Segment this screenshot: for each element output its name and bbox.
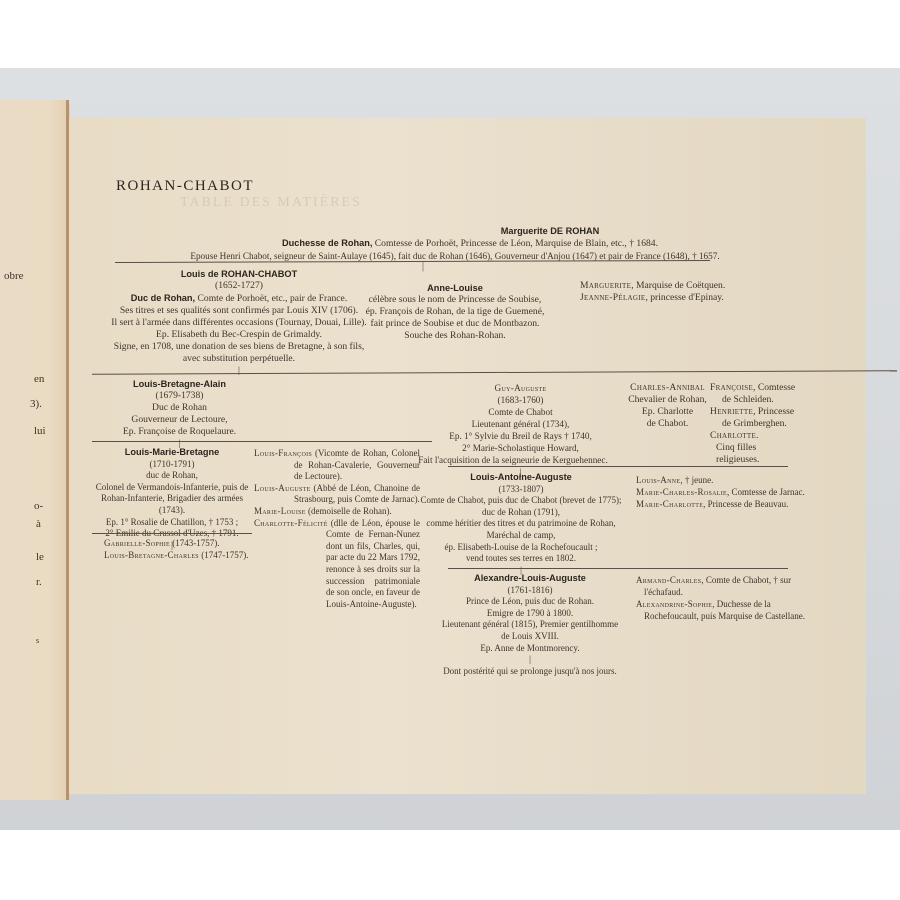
person-detail: , Princesse de Beauvau. bbox=[703, 499, 788, 509]
person-name: Marie-Louise bbox=[254, 506, 306, 516]
person-name: Anne-Louise bbox=[355, 282, 555, 294]
gen1-sisters: Marguerite, Marquise de Coëtquen. Jeanne… bbox=[580, 280, 740, 304]
person-name: Louis-François bbox=[254, 448, 312, 458]
descent-mark: | bbox=[440, 654, 620, 666]
person-name: Gabrielle-Sophie bbox=[104, 538, 170, 548]
person-line: Maréchal de camp, bbox=[415, 530, 627, 542]
lmb-siblings: Louis-François (Vicomte de Rohan, Colone… bbox=[254, 448, 420, 610]
person-name: Alexandre-Louis-Auguste bbox=[440, 573, 620, 585]
person-name: Louis de ROHAN-CHABOT bbox=[108, 268, 370, 280]
louis-rohan-chabot-entry: Louis de ROHAN-CHABOT (1652-1727) Duc de… bbox=[108, 268, 370, 377]
person-line: Il sert à l'armée dans différentes occas… bbox=[108, 317, 370, 329]
generation-line bbox=[448, 466, 788, 467]
person-line: Fait l'acquisition de la seigneurie de K… bbox=[403, 454, 623, 466]
person-line: Colonel de Vermandois-Infanterie, puis d… bbox=[88, 482, 256, 517]
alexandre-siblings: Armand-Charles, Comte de Chabot, † sur l… bbox=[636, 574, 806, 622]
louis-bretagne-alain-entry: Louis-Bretagne-Alain (1679-1738) Duc de … bbox=[92, 378, 267, 450]
person-line: Duc de Rohan bbox=[92, 402, 267, 414]
louis-antoine-auguste-entry: Louis-Antoine-Auguste (1733-1807) Comte … bbox=[415, 472, 627, 576]
left-page-fragment: 3). bbox=[30, 398, 42, 410]
person-name: Charles-Annibal bbox=[625, 382, 710, 394]
posterity-note: Dont postérité qui se prolonge jusqu'à n… bbox=[440, 666, 620, 678]
person-name: Louis-Marie-Bretagne bbox=[88, 447, 256, 459]
left-page-fragment: en bbox=[34, 373, 44, 385]
person-dates: (1761-1816) bbox=[440, 585, 620, 597]
person-line: Ep. Françoise de Roquelaure. bbox=[92, 426, 267, 438]
anne-louise-entry: Anne-Louise célèbre sous le nom de Princ… bbox=[355, 282, 555, 342]
person-line: Ep. 1° Sylvie du Breil de Rays † 1740, bbox=[418, 430, 623, 442]
person-line: fait prince de Soubise et duc de Montbaz… bbox=[355, 318, 555, 330]
person-title: Duc de Rohan, bbox=[131, 293, 195, 303]
person-line: Comte de Chabot, puis duc de Chabot (bre… bbox=[415, 495, 627, 507]
person-line: vend toutes ses terres en 1802. bbox=[415, 553, 627, 565]
person-name: Marie-Charles-Rosalie bbox=[636, 487, 727, 497]
person-line: ép. Elisabeth-Louise de la Rochefoucault… bbox=[415, 542, 627, 554]
person-name: Louis-Bretagne-Charles bbox=[104, 550, 199, 560]
person-line: Signe, en 1708, une donation de ses bien… bbox=[108, 341, 370, 365]
person-detail: (1743-1757). bbox=[170, 538, 220, 548]
person-name: Henriette bbox=[710, 406, 753, 417]
person-name: Marguerite bbox=[580, 280, 631, 291]
person-name: Louis-Bretagne-Alain bbox=[92, 378, 267, 390]
root-name: Marguerite DE ROHAN bbox=[210, 225, 730, 237]
person-detail: (dlle de Léon, épouse le Comte de Fernan… bbox=[326, 518, 420, 609]
descent-mark: | bbox=[422, 261, 424, 272]
person-title-rest: Comte de Porhoët, etc., pair de France. bbox=[195, 293, 347, 304]
person-name: Louis-Antoine-Auguste bbox=[415, 472, 627, 484]
person-dates: (1733-1807) bbox=[415, 484, 627, 496]
person-line: Lieutenant général (1815), Premier genti… bbox=[440, 619, 620, 642]
person-dates: (1710-1791) bbox=[88, 459, 256, 471]
person-detail: , princesse d'Epinay. bbox=[645, 292, 723, 303]
person-line: comme héritier des titres et du patrimoi… bbox=[415, 518, 627, 530]
person-line: duc de Rohan, bbox=[88, 470, 256, 482]
person-name: Louis-Auguste bbox=[254, 483, 311, 493]
person-dates: (1652-1727) bbox=[108, 280, 370, 292]
person-line: Souche des Rohan-Rohan. bbox=[355, 330, 555, 342]
root-title: Duchesse de Rohan, bbox=[282, 238, 372, 248]
lmb-children: Gabrielle-Sophie (1743-1757). Louis-Bret… bbox=[104, 537, 264, 561]
person-name: Charlotte-Félicité bbox=[254, 518, 328, 528]
person-name: Marie-Charlotte bbox=[636, 499, 703, 509]
person-line: 2° Marie-Scholastique Howard, bbox=[418, 442, 623, 454]
root-title-rest: Comtesse de Porhoët, Princesse de Léon, … bbox=[372, 238, 658, 249]
person-detail: (1747-1757). bbox=[199, 550, 249, 560]
gen2-sisters: Françoise, Comtesse de Schleiden. Henrie… bbox=[710, 382, 800, 466]
person-line: ép. François de Rohan, de la tige de Gue… bbox=[355, 306, 555, 318]
person-line: Lieutenant général (1734), bbox=[418, 418, 623, 430]
person-name: Louis-Anne bbox=[636, 475, 680, 485]
guy-auguste-entry: Guy-Auguste (1683-1760) Comte de Chabot … bbox=[418, 382, 623, 478]
person-line: Prince de Léon, puis duc de Rohan. bbox=[440, 596, 620, 608]
person-line: Ep. Elisabeth du Bec-Crespin de Grimaldy… bbox=[108, 329, 370, 341]
person-line: célèbre sous le nom de Princesse de Soub… bbox=[355, 294, 555, 306]
louis-marie-bretagne-entry: Louis-Marie-Bretagne (1710-1791) duc de … bbox=[88, 447, 256, 551]
person-detail: Cinq filles religieuses. bbox=[710, 442, 800, 466]
person-detail: , Marquise de Coëtquen. bbox=[631, 280, 725, 291]
person-line: duc de Rohan (1791), bbox=[415, 507, 627, 519]
person-dates: (1683-1760) bbox=[418, 394, 623, 406]
left-page-fragment: à bbox=[36, 518, 41, 530]
person-detail: (demoiselle de Rohan). bbox=[306, 506, 392, 516]
left-page-fragment: le bbox=[36, 551, 44, 563]
person-dates: (1679-1738) bbox=[92, 390, 267, 402]
charles-annibal-entry: Charles-Annibal Chevalier de Rohan, Ep. … bbox=[625, 382, 710, 430]
generation-line bbox=[448, 568, 788, 569]
left-page-fragment: r. bbox=[36, 576, 42, 588]
show-through-text: TABLE DES MATIÈRES bbox=[180, 195, 362, 211]
left-page-edge bbox=[0, 100, 70, 800]
person-name: Charlotte bbox=[710, 430, 756, 441]
person-name: Alexandrine-Sophie bbox=[636, 599, 712, 609]
person-line: Gouverneur de Lectoure, bbox=[92, 414, 267, 426]
person-line: Ep. Anne de Montmorency. bbox=[440, 643, 620, 655]
generation-line bbox=[92, 533, 252, 534]
person-line: Ep. 1° Rosalie de Chatillon, † 1753 ; bbox=[88, 517, 256, 529]
person-detail: . bbox=[756, 430, 758, 441]
page-title: ROHAN-CHABOT bbox=[116, 178, 254, 195]
person-detail: , † jeune. bbox=[680, 475, 713, 485]
person-detail: (Vicomte de Rohan, Colonel de Rohan-Cava… bbox=[294, 448, 420, 481]
person-detail: , Comtesse de Jarnac. bbox=[727, 487, 805, 497]
person-name: Françoise bbox=[710, 382, 753, 393]
left-page-fragment: s bbox=[36, 636, 39, 645]
person-detail: (Abbé de Léon, Chanoine de Strasbourg, p… bbox=[294, 483, 420, 505]
root-entry: Marguerite DE ROHAN Duchesse de Rohan, C… bbox=[210, 225, 730, 262]
laa-siblings: Louis-Anne, † jeune. Marie-Charles-Rosal… bbox=[636, 474, 836, 510]
left-page-fragment: o- bbox=[34, 500, 43, 512]
person-line: Comte de Chabot bbox=[418, 406, 623, 418]
left-page-fragment: lui bbox=[34, 425, 46, 437]
person-line: Ep. Charlotte bbox=[625, 406, 710, 418]
descent-mark: | bbox=[108, 365, 370, 377]
person-name: Guy-Auguste bbox=[418, 382, 623, 394]
generation-line bbox=[92, 441, 432, 442]
person-line: de Chabot. bbox=[625, 418, 710, 430]
person-line: Ses titres et ses qualités sont confirmé… bbox=[108, 305, 370, 317]
person-name: Jeanne-Pélagie bbox=[580, 292, 645, 303]
person-line: Chevalier de Rohan, bbox=[625, 394, 710, 406]
alexandre-louis-auguste-entry: Alexandre-Louis-Auguste (1761-1816) Prin… bbox=[440, 573, 620, 677]
person-name: Armand-Charles bbox=[636, 575, 701, 585]
left-page-fragment: obre bbox=[4, 270, 24, 282]
person-line: Emigre de 1790 à 1800. bbox=[440, 608, 620, 620]
